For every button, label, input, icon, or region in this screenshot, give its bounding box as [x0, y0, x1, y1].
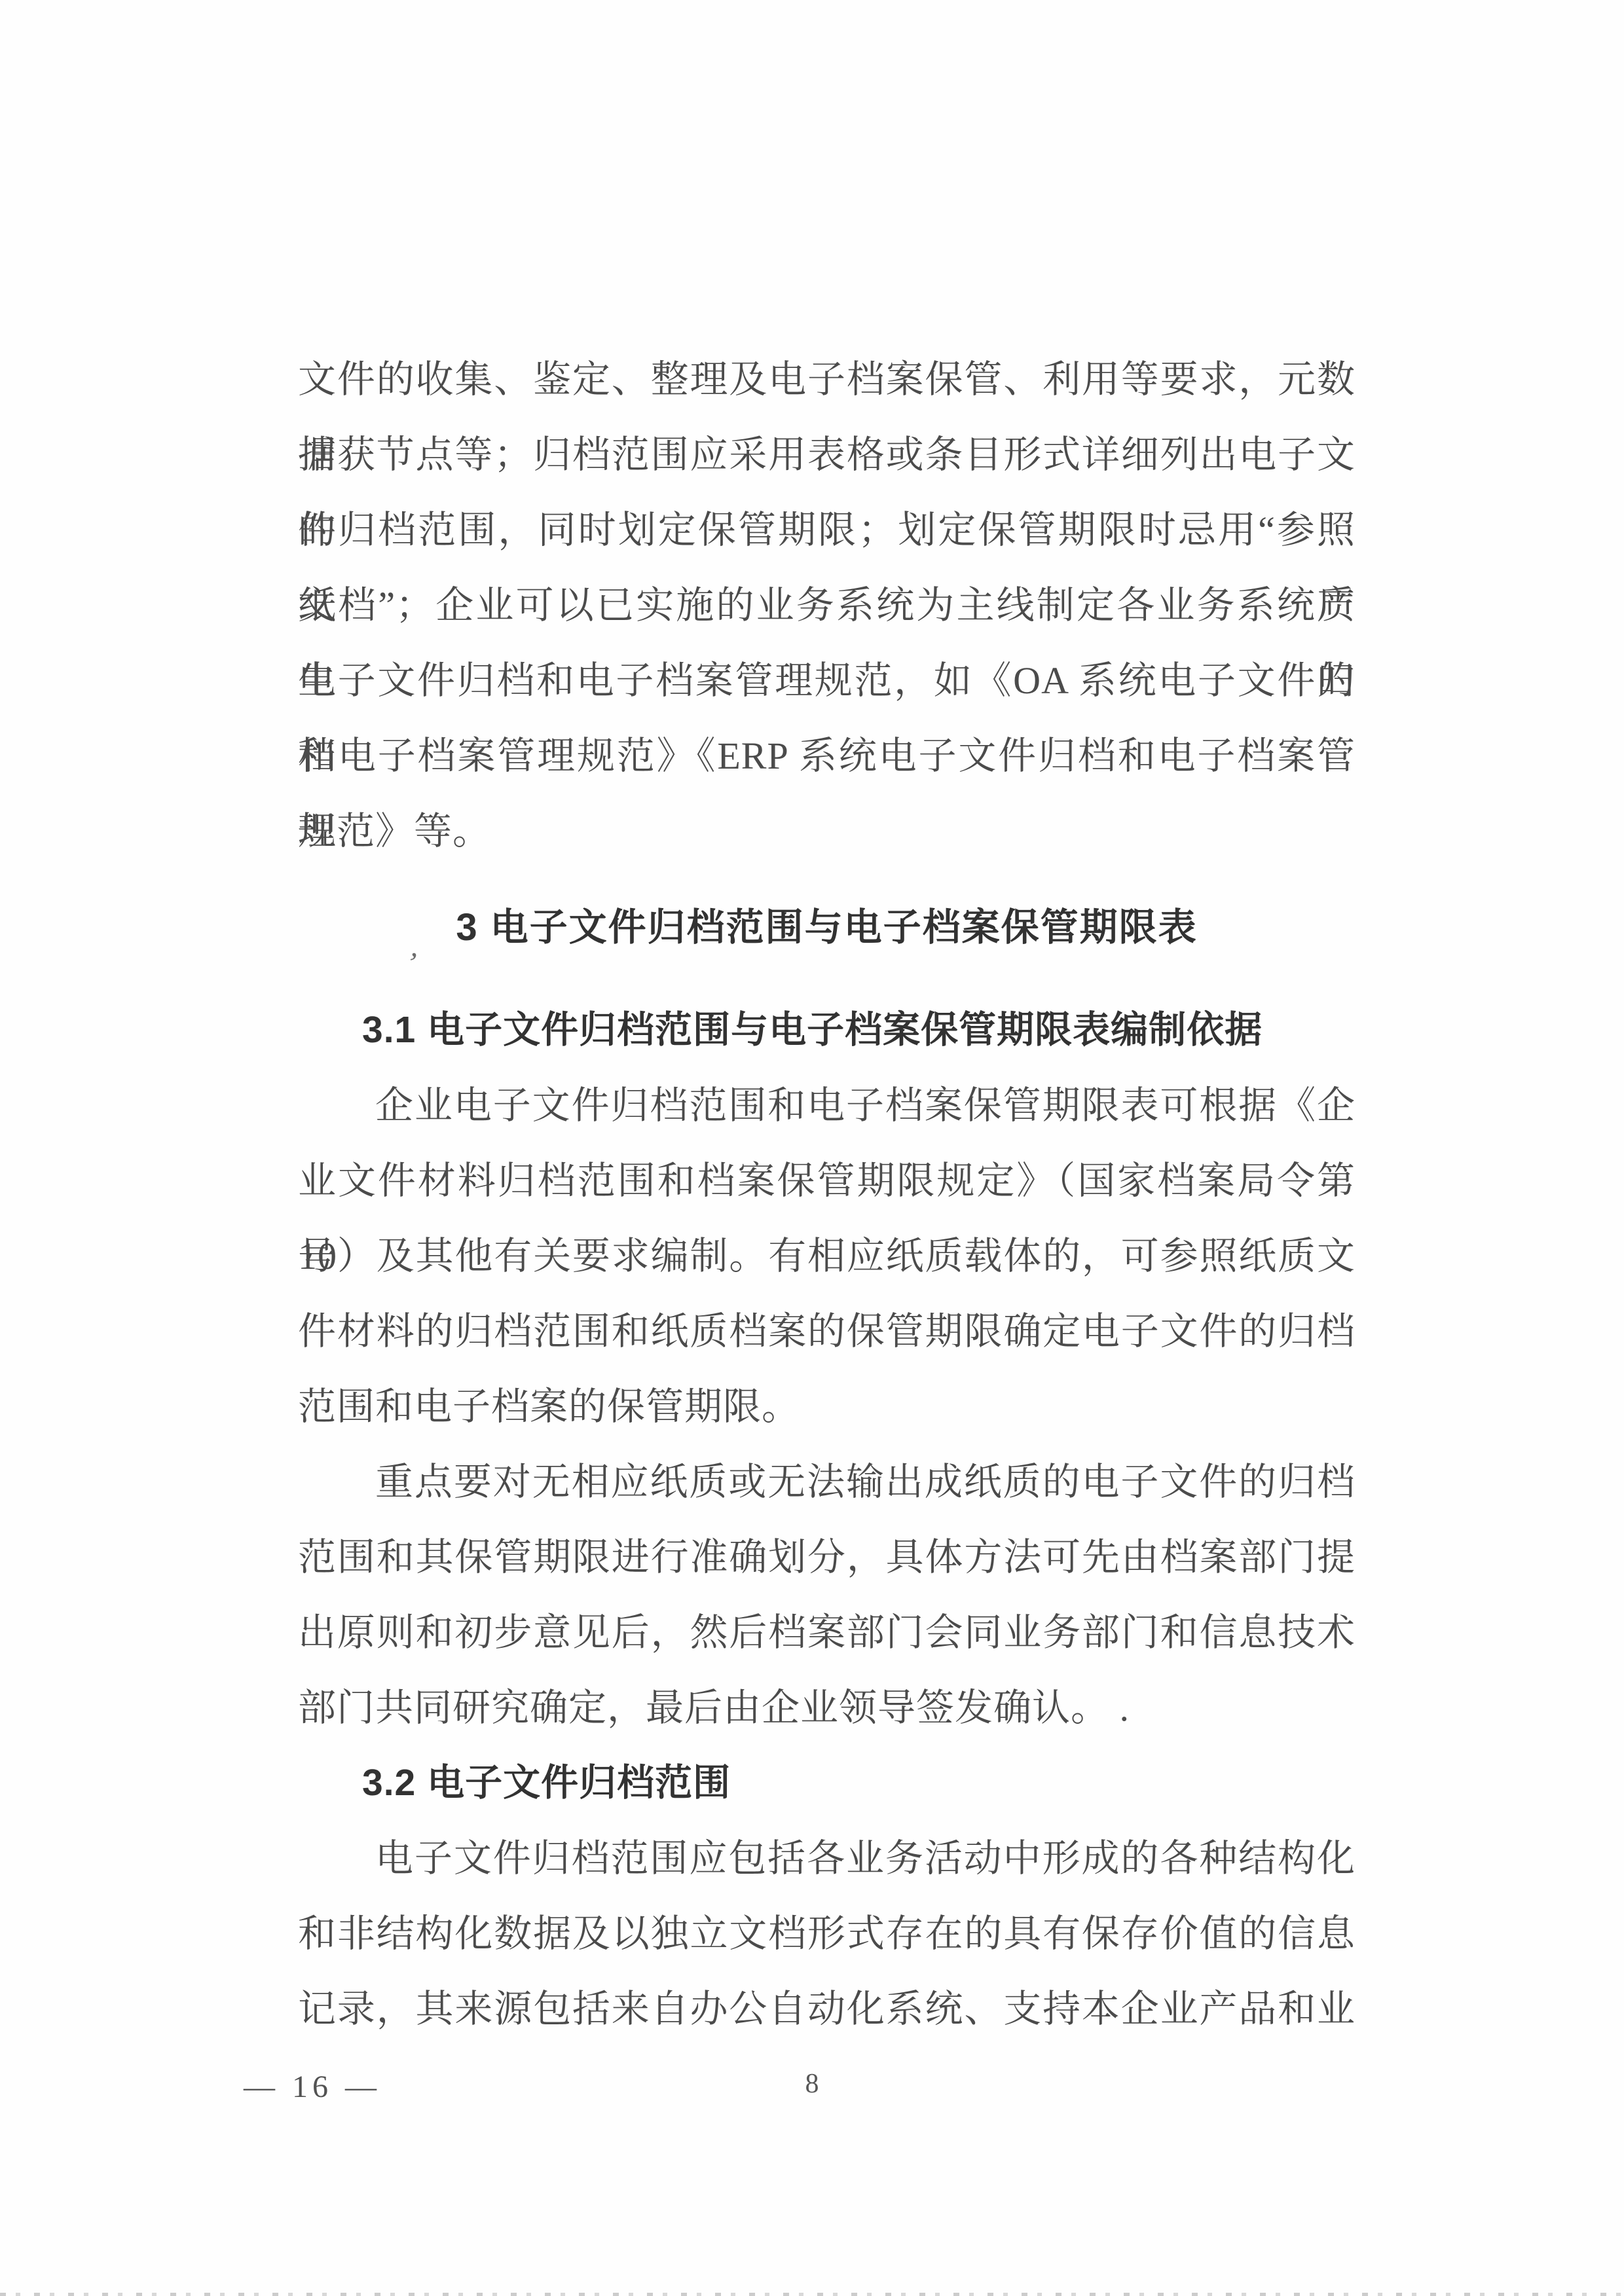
text-line: 文档”；企业可以已实施的业务系统为主线制定各业务系统产生的 — [298, 568, 1356, 643]
text-line: 和电子档案管理规范》《ERP 系统电子文件归档和电子档案管理 — [298, 718, 1356, 793]
paragraph-3-2-scope: 电子文件归档范围应包括各业务活动中形成的各种结构化和非结构化数据及以独立文档形式… — [298, 1821, 1356, 2047]
scan-noise-strip — [0, 2293, 1624, 2296]
text-line: 号）及其他有关要求编制。有相应纸质载体的，可参照纸质文 — [298, 1218, 1356, 1294]
scanned-document-page: 文件的收集、鉴定、整理及电子档案保管、利用等要求，元数据捕获节点等；归档范围应采… — [0, 0, 1624, 2296]
text-line: 文件的收集、鉴定、整理及电子档案保管、利用等要求，元数据 — [298, 342, 1356, 417]
text-line: 电子文件归档范围应包括各业务活动中形成的各种结构化 — [298, 1821, 1356, 1896]
paragraph-3-1-basis: 企业电子文件归档范围和电子档案保管期限表可根据《企业文件材料归档范围和档案保管期… — [298, 1068, 1356, 1444]
paragraph-3-1-division: 重点要对无相应纸质或无法输出成纸质的电子文件的归档范围和其保管期限进行准确划分，… — [298, 1444, 1356, 1745]
section-3-heading: 3 电子文件归档范围与电子档案保管期限表 — [298, 890, 1356, 965]
section-3-2-heading: 3.2 电子文件归档范围 — [298, 1745, 1356, 1821]
text-line: 和非结构化数据及以独立文档形式存在的具有保存价值的信息 — [298, 1896, 1356, 1971]
section-3-1-heading: 3.1 电子文件归档范围与电子档案保管期限表编制依据 — [298, 993, 1356, 1068]
text-line: 部门共同研究确定，最后由企业领导签发确认。 . — [298, 1670, 1356, 1745]
text-line: 范围和其保管期限进行准确划分，具体方法可先由档案部门提 — [298, 1520, 1356, 1595]
document-body: 文件的收集、鉴定、整理及电子档案保管、利用等要求，元数据捕获节点等；归档范围应采… — [298, 342, 1356, 2047]
footer-page-number: — 16 — — [244, 2064, 381, 2111]
text-line: 重点要对无相应纸质或无法输出成纸质的电子文件的归档 — [298, 1444, 1356, 1520]
text-line: 记录，其来源包括来自办公自动化系统、支持本企业产品和业 — [298, 1971, 1356, 2047]
text-line: 业文件材料归档范围和档案保管期限规定》（国家档案局令第 10 — [298, 1143, 1356, 1218]
text-line: 件材料的归档范围和纸质档案的保管期限确定电子文件的归档 — [298, 1294, 1356, 1369]
text-line: 出原则和初步意见后，然后档案部门会同业务部门和信息技术 — [298, 1595, 1356, 1670]
text-line: 范围和电子档案的保管期限。 — [298, 1369, 1356, 1444]
text-line: 规范》等。 — [298, 793, 1356, 869]
text-line: 企业电子文件归档范围和电子档案保管期限表可根据《企 — [298, 1068, 1356, 1143]
text-line: 电子文件归档和电子档案管理规范，如《OA 系统电子文件归档 — [298, 643, 1356, 718]
text-line: 捕获节点等；归档范围应采用表格或条目形式详细列出电子文件 — [298, 417, 1356, 492]
paragraph-continuation: 文件的收集、鉴定、整理及电子档案保管、利用等要求，元数据捕获节点等；归档范围应采… — [298, 342, 1356, 869]
text-line: 的归档范围，同时划定保管期限；划定保管期限时忌用“参照纸质 — [298, 492, 1356, 568]
